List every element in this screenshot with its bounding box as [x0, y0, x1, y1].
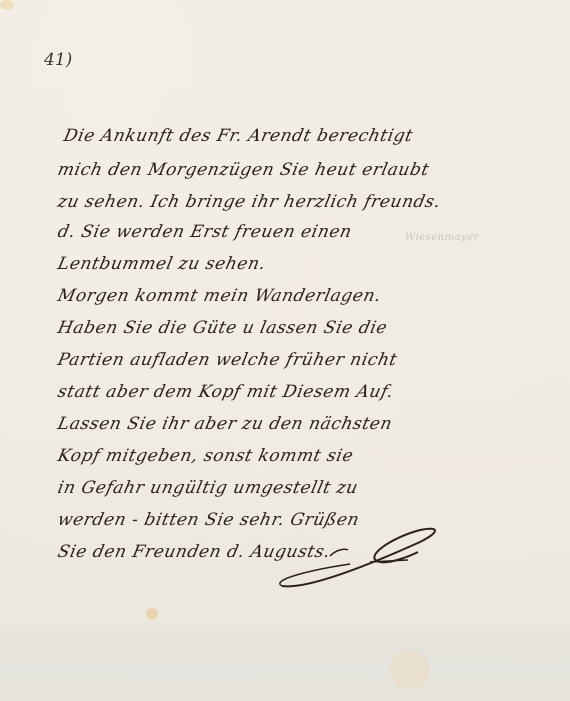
handwritten-line: statt aber dem Kopf mit Diesem Auf.	[56, 382, 396, 402]
handwritten-line: zu sehen. Ich bringe ihr herzlich freund…	[56, 192, 443, 212]
handwritten-line: Die Ankunft des Fr. Arendt berechtigt	[62, 126, 415, 146]
handwritten-line: d. Sie werden Erst freuen einen	[56, 222, 354, 242]
handwritten-line: Morgen kommt mein Wanderlagen.	[56, 286, 383, 306]
paper-stain	[0, 0, 14, 10]
handwritten-line: Partien aufladen welche früher nicht	[56, 350, 399, 370]
paper-stain	[390, 650, 430, 690]
handwritten-line: Lentbummel zu sehen.	[56, 254, 268, 274]
letter-page: 41) Wiesenmayer Die Ankunft des Fr. Aren…	[0, 0, 570, 701]
paper-stain	[146, 608, 158, 620]
signature-flourish	[270, 520, 460, 600]
pencil-annotation: Wiesenmayer	[405, 232, 479, 243]
folio-number: 41)	[44, 50, 72, 70]
handwritten-line: mich den Morgenzügen Sie heut erlaubt	[56, 160, 431, 180]
handwritten-line: Haben Sie die Güte u lassen Sie die	[56, 318, 389, 338]
handwritten-line: Kopf mitgeben, sonst kommt sie	[56, 446, 355, 466]
paper-fold-area	[0, 620, 570, 701]
handwritten-line: Lassen Sie ihr aber zu den nächsten	[56, 414, 394, 434]
handwritten-line: in Gefahr ungültig umgestellt zu	[56, 478, 360, 498]
